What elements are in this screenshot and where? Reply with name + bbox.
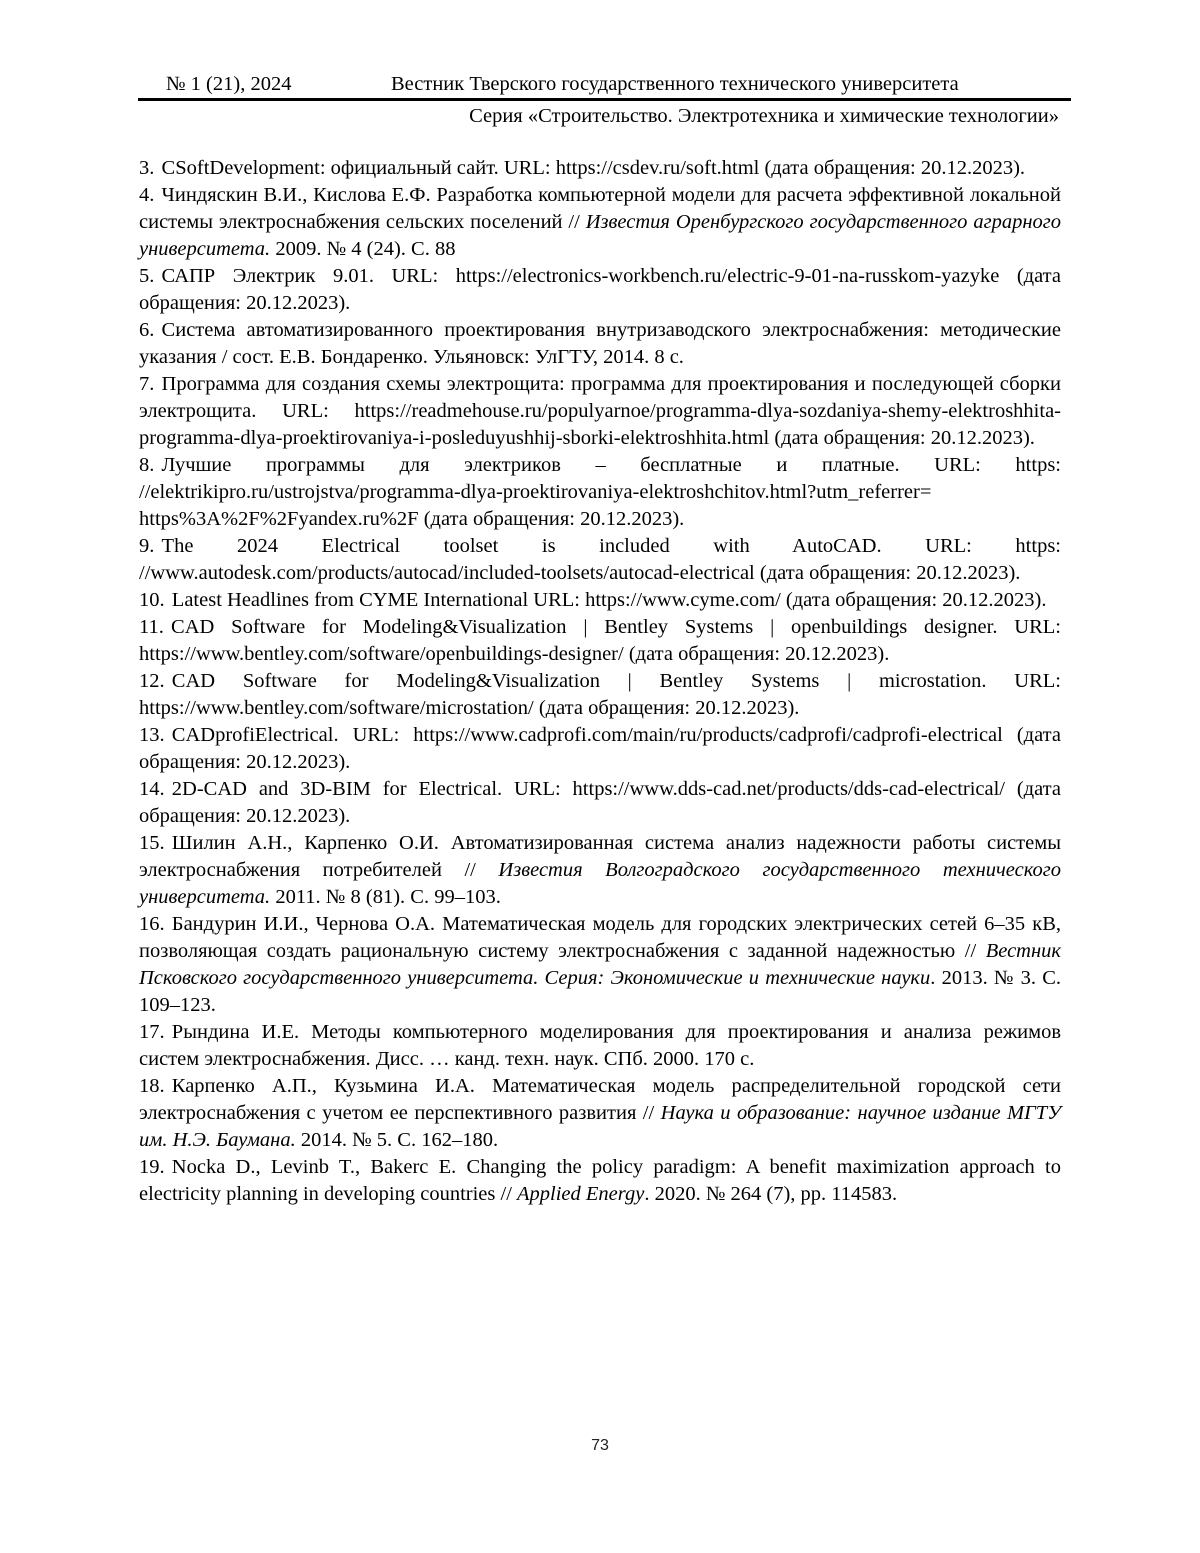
journal-title: Вестник Тверского государственного техни… — [391, 72, 1071, 96]
issue-number: № 1 (21), 2024 — [166, 72, 391, 96]
reference-text: CAD Software for Modeling&Visualization … — [139, 670, 1061, 719]
reference-item: 17.Рындина И.Е. Методы компьютерного мод… — [139, 1019, 1061, 1073]
reference-item: 11.CAD Software for Modeling&Visualizati… — [139, 614, 1061, 668]
reference-number: 12. — [139, 670, 165, 692]
page-number: 73 — [0, 1437, 1200, 1455]
reference-item: 7.Программа для создания схемы электрощи… — [139, 371, 1061, 452]
header-rule — [138, 98, 1071, 101]
reference-item: 10.Latest Headlines from CYME Internatio… — [139, 587, 1061, 614]
reference-number: 13. — [139, 724, 165, 746]
reference-number: 8. — [139, 454, 154, 476]
reference-text: Система автоматизированного проектирован… — [139, 319, 1061, 368]
reference-text: САПР Электрик 9.01. URL: https://electro… — [139, 265, 1061, 314]
reference-text: Latest Headlines from CYME International… — [172, 589, 1047, 611]
reference-item: 3.CSoftDevelopment: официальный сайт. UR… — [139, 155, 1061, 182]
reference-number: 7. — [139, 373, 154, 395]
reference-item: 15.Шилин А.Н., Карпенко О.И. Автоматизир… — [139, 830, 1061, 911]
reference-text: The 2024 Electrical toolset is included … — [139, 535, 1061, 584]
reference-source-title: Applied Energy — [517, 1183, 644, 1205]
reference-number: 6. — [139, 319, 154, 341]
reference-item: 14.2D-CAD and 3D-BIM for Electrical. URL… — [139, 776, 1061, 830]
reference-item: 12.CAD Software for Modeling&Visualizati… — [139, 668, 1061, 722]
reference-number: 17. — [139, 1021, 165, 1043]
reference-text: Рындина И.Е. Методы компьютерного модели… — [139, 1021, 1061, 1070]
reference-number: 3. — [139, 157, 154, 179]
reference-list: 3.CSoftDevelopment: официальный сайт. UR… — [139, 155, 1061, 1208]
reference-item: 4.Чиндяскин В.И., Кислова Е.Ф. Разработк… — [139, 182, 1061, 263]
series-title: Серия «Строительство. Электротехника и х… — [138, 104, 1071, 128]
reference-text: 2014. № 5. С. 162–180. — [296, 1129, 498, 1151]
reference-text: Лучшие программы для электриков – беспла… — [139, 454, 1061, 530]
reference-text: Программа для создания схемы электрощита… — [139, 373, 1061, 449]
reference-number: 4. — [139, 184, 154, 206]
reference-text: 2011. № 8 (81). С. 99–103. — [270, 886, 501, 908]
reference-text: 2009. № 4 (24). С. 88 — [270, 238, 455, 260]
reference-item: 6.Система автоматизированного проектиров… — [139, 317, 1061, 371]
reference-text: CAD Software for Modeling&Visualization … — [139, 616, 1061, 665]
reference-item: 9.The 2024 Electrical toolset is include… — [139, 533, 1061, 587]
reference-item: 8.Лучшие программы для электриков – бесп… — [139, 452, 1061, 533]
reference-number: 16. — [139, 913, 165, 935]
reference-number: 15. — [139, 832, 165, 854]
reference-text: 2D-CAD and 3D-BIM for Electrical. URL: h… — [139, 778, 1061, 827]
reference-text: Бандурин И.И., Чернова О.А. Математическ… — [139, 913, 1061, 962]
reference-item: 13.CADprofiElectrical. URL: https://www.… — [139, 722, 1061, 776]
reference-number: 10. — [139, 589, 165, 611]
reference-text: . 2020. № 264 (7), pp. 114583. — [644, 1183, 897, 1205]
reference-text: CSoftDevelopment: официальный сайт. URL:… — [162, 157, 1026, 179]
reference-item: 16.Бандурин И.И., Чернова О.А. Математич… — [139, 911, 1061, 1019]
reference-text: CADprofiElectrical. URL: https://www.cad… — [139, 724, 1061, 773]
reference-number: 11. — [139, 616, 164, 638]
reference-number: 14. — [139, 778, 165, 800]
reference-item: 18.Карпенко А.П., Кузьмина И.А. Математи… — [139, 1073, 1061, 1154]
reference-item: 19.Nocka D., Levinb T., Bakerc E. Changi… — [139, 1154, 1061, 1208]
running-header: № 1 (21), 2024 Вестник Тверского государ… — [138, 72, 1071, 128]
reference-number: 19. — [139, 1156, 165, 1178]
header-top-line: № 1 (21), 2024 Вестник Тверского государ… — [138, 72, 1071, 96]
reference-item: 5.САПР Электрик 9.01. URL: https://elect… — [139, 263, 1061, 317]
reference-number: 18. — [139, 1075, 165, 1097]
reference-number: 5. — [139, 265, 154, 287]
reference-number: 9. — [139, 535, 154, 557]
